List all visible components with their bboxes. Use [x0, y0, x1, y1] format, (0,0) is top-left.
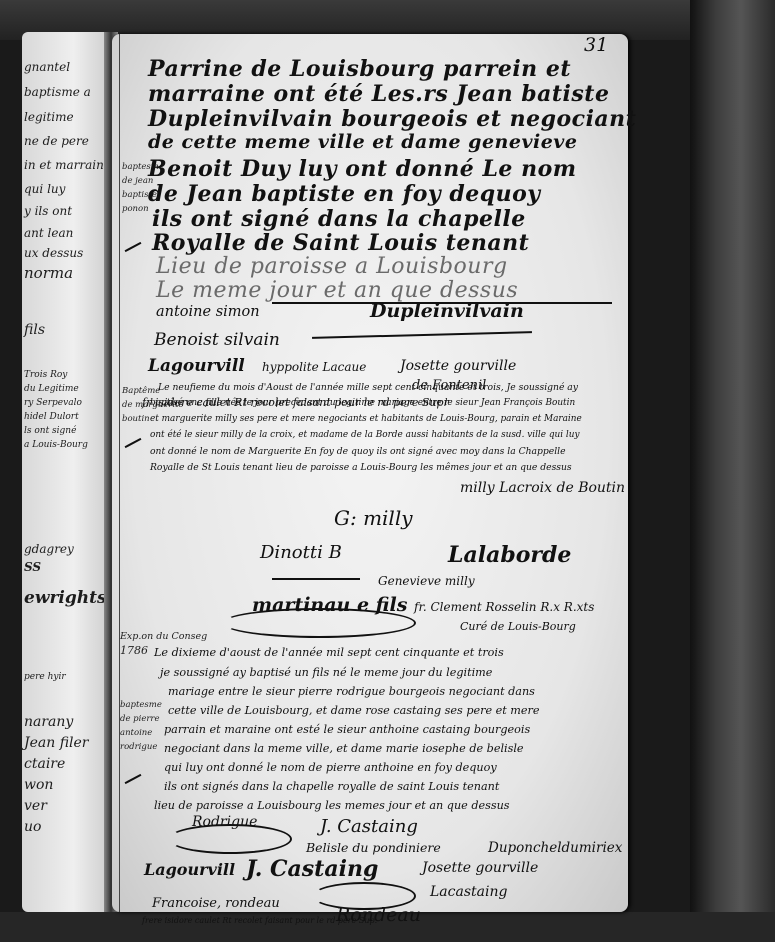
left-fragment: uo [24, 819, 41, 835]
signature: G: milly [334, 506, 413, 530]
entry-line: ils ont signés dans la chapelle royalle … [164, 780, 499, 793]
signature: Josette gourville [400, 358, 516, 374]
left-fragment: Jean filer [24, 735, 89, 751]
signature-flourish [168, 824, 292, 854]
signature: Duponcheldumiriex [488, 840, 622, 856]
left-fragment: baptisme a [24, 85, 91, 99]
left-fragment: ux dessus [24, 246, 83, 260]
entry-line: ont donné le nom de Marguerite En foy de… [150, 446, 566, 457]
margin-dash [125, 242, 142, 252]
signature: Josette gourville [422, 860, 538, 876]
entry-line: lieu de paroisse a Louisbourg les memes … [154, 799, 510, 812]
signature: antoine simon [156, 304, 260, 320]
left-fragment: y ils ont [24, 204, 72, 218]
entry-line: Parrine de Louisbourg parrein et [148, 56, 571, 82]
page-number: 31 [584, 34, 608, 56]
left-fragment: pere hyir [24, 672, 66, 682]
left-fragment: narany [24, 714, 73, 730]
signature: Curé de Louis-Bourg [460, 620, 576, 633]
signature: Francoise, rondeau [152, 896, 280, 911]
left-facing-page: gnantel baptisme a legitime ne de pere i… [22, 32, 108, 912]
left-fragment: ewrights [24, 588, 107, 608]
entry-line: mariage entre le sieur pierre rodrigue b… [168, 685, 535, 698]
entry-line: de cette meme ville et dame genevieve [148, 131, 577, 153]
entry-line: Benoit Duy luy ont donné Le nom [148, 156, 577, 182]
entry-line: baptisé une fille née le jour precedant … [150, 398, 575, 408]
entry-line: Le neufieme du mois d'Aoust de l'année m… [158, 382, 578, 393]
left-fragment: a Louis-Bourg [24, 440, 88, 450]
entry-line: parrain et maraine ont esté le sieur ant… [164, 723, 530, 736]
signature-flourish [312, 331, 532, 339]
rule-line [272, 578, 360, 580]
signature: Lagourvill [148, 356, 245, 376]
margin-dash [125, 438, 142, 448]
left-fragment: ctaire [24, 756, 65, 772]
signature: milly Lacroix de Boutin [460, 480, 625, 496]
margin-note: baptesme de pierre antoine rodrigue [120, 698, 162, 754]
left-fragment: Trois Roy [24, 370, 67, 380]
signature: Dupleinvilvain [370, 300, 524, 322]
entry-line: Dupleinvilvain bourgeois et negociant [148, 106, 636, 132]
left-fragment: ry Serpevalo [24, 398, 82, 408]
entry-line: je soussigné ay baptisé un fils né le me… [160, 666, 492, 679]
left-fragment: legitime [24, 110, 74, 124]
entry-line: Lieu de paroisse a Louisbourg [156, 254, 508, 279]
left-fragment: qui luy [24, 182, 65, 196]
entry-line: ont été le sieur milly de la croix, et m… [150, 430, 579, 440]
signature-flourish [222, 608, 416, 638]
entry-line: et marguerite milly ses pere et mere neg… [150, 414, 582, 424]
left-fragment: won [24, 777, 53, 793]
left-fragment: SS [24, 560, 41, 574]
signature: Lagourvill [144, 860, 235, 879]
signature: frere isidore caulet Rt recolet faisant … [142, 916, 377, 925]
entry-line: de Jean baptiste en foy dequoy [148, 181, 541, 207]
signature: Genevieve milly [378, 574, 475, 588]
left-fragment: gdagrey [24, 542, 74, 556]
left-fragment: ne de pere [24, 134, 89, 148]
signature: J. Castaing [246, 856, 378, 882]
margin-dash [125, 774, 142, 784]
left-fragment: in et marraine [24, 158, 108, 172]
signature: Lacastaing [430, 884, 507, 900]
entry-line: qui luy ont donné le nom de pierre antho… [164, 761, 497, 774]
entry-line: Le dixieme d'aoust de l'année mil sept c… [154, 646, 504, 659]
signature: Lalaborde [448, 542, 571, 568]
left-fragment: ant lean [24, 226, 73, 240]
signature: Dinotti B [260, 542, 342, 563]
left-fragment: ls ont signé [24, 426, 76, 436]
entry-line: negociant dans la meme ville, et dame ma… [164, 742, 524, 755]
entry-line: Royalle de Saint Louis tenant [152, 230, 529, 256]
left-fragment: du Legitime [24, 384, 79, 394]
signature: fr. Clement Rosselin R.x R.xts [414, 600, 594, 614]
entry-line: ils ont signé dans la chapelle [152, 206, 526, 232]
left-fragment: gnantel [24, 60, 70, 74]
entry-line: Royalle de St Louis tenant lieu de paroi… [150, 462, 572, 473]
signature: hyppolite Lacaue [262, 360, 366, 374]
margin-rule [119, 34, 120, 912]
signature: Benoist silvain [154, 330, 280, 350]
register-page: 31 baptesme de jean baptiste ponon Parri… [112, 34, 628, 912]
signature: Belisle du pondiniere [306, 840, 441, 855]
left-fragment: norma [24, 264, 73, 282]
entry-line: cette ville de Louisbourg, et dame rose … [168, 704, 540, 717]
scanner-backdrop-right [690, 0, 775, 942]
signature: J. Castaing [320, 816, 418, 837]
left-fragment: fils [24, 322, 45, 338]
left-fragment: ver [24, 798, 47, 814]
entry-line: marraine ont été Les.rs Jean batiste [148, 81, 609, 107]
left-fragment: hidel Dulort [24, 412, 79, 422]
